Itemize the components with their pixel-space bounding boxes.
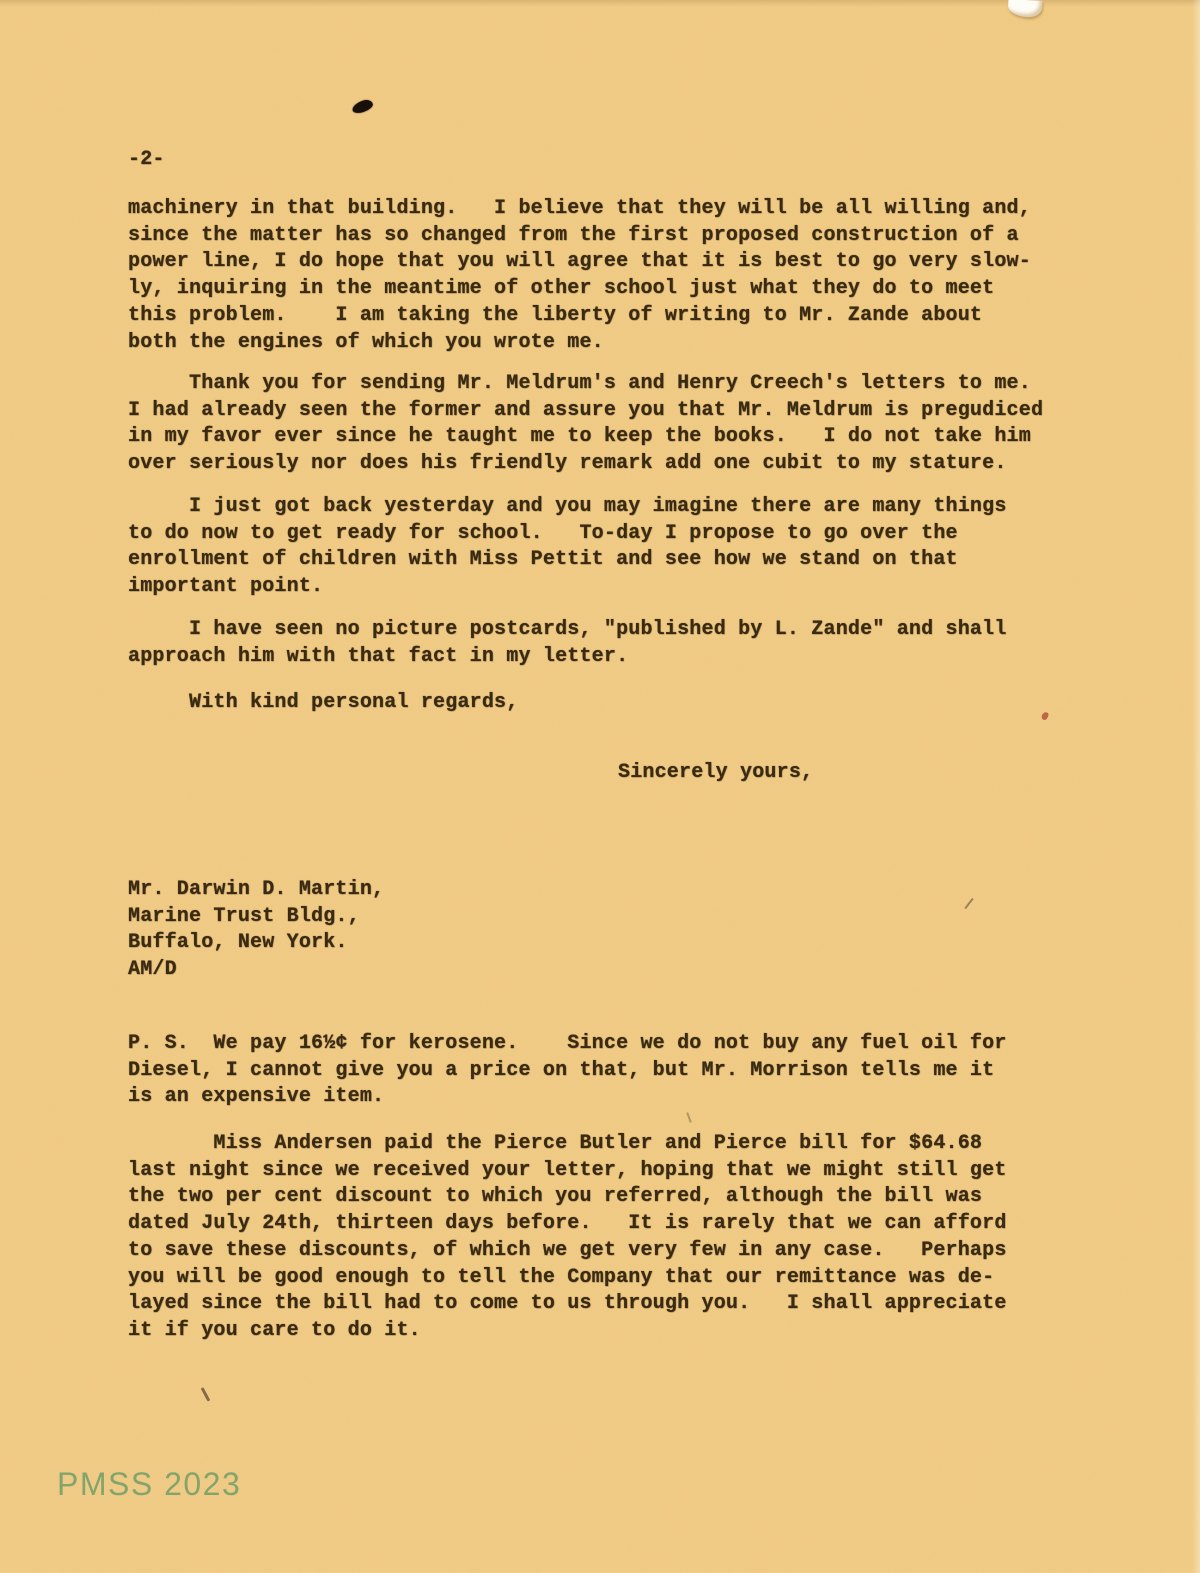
paragraph-postcards: I have seen no picture postcards, "publi… — [128, 617, 1007, 670]
paragraph-thank-you: Thank you for sending Mr. Meldrum's and … — [128, 371, 1043, 478]
postscript-paragraph: P. S. We pay 16½¢ for kerosene. Since we… — [128, 1031, 1007, 1111]
pencil-scratch-mark — [964, 898, 974, 909]
archive-watermark: PMSS 2023 — [57, 1467, 241, 1501]
scanned-letter-page: -2- machinery in that building. I believ… — [0, 0, 1200, 1573]
paper-speck — [1041, 711, 1050, 721]
paragraph-back-yesterday: I just got back yesterday and you may im… — [128, 494, 1007, 601]
paragraph-pierce-butler-bill: Miss Andersen paid the Pierce Butler and… — [128, 1131, 1007, 1345]
page-number: -2- — [128, 147, 165, 174]
paragraph-machinery: machinery in that building. I believe th… — [128, 196, 1031, 356]
regards-line: With kind personal regards, — [128, 690, 518, 717]
recipient-address-block: Mr. Darwin D. Martin, Marine Trust Bldg.… — [128, 877, 384, 984]
pencil-scratch-mark — [686, 1112, 692, 1123]
paper-tear-notch — [1008, 0, 1043, 18]
ink-blot-mark — [351, 98, 374, 115]
closing-line: Sincerely yours, — [618, 760, 813, 787]
pencil-scratch-mark — [201, 1387, 210, 1401]
